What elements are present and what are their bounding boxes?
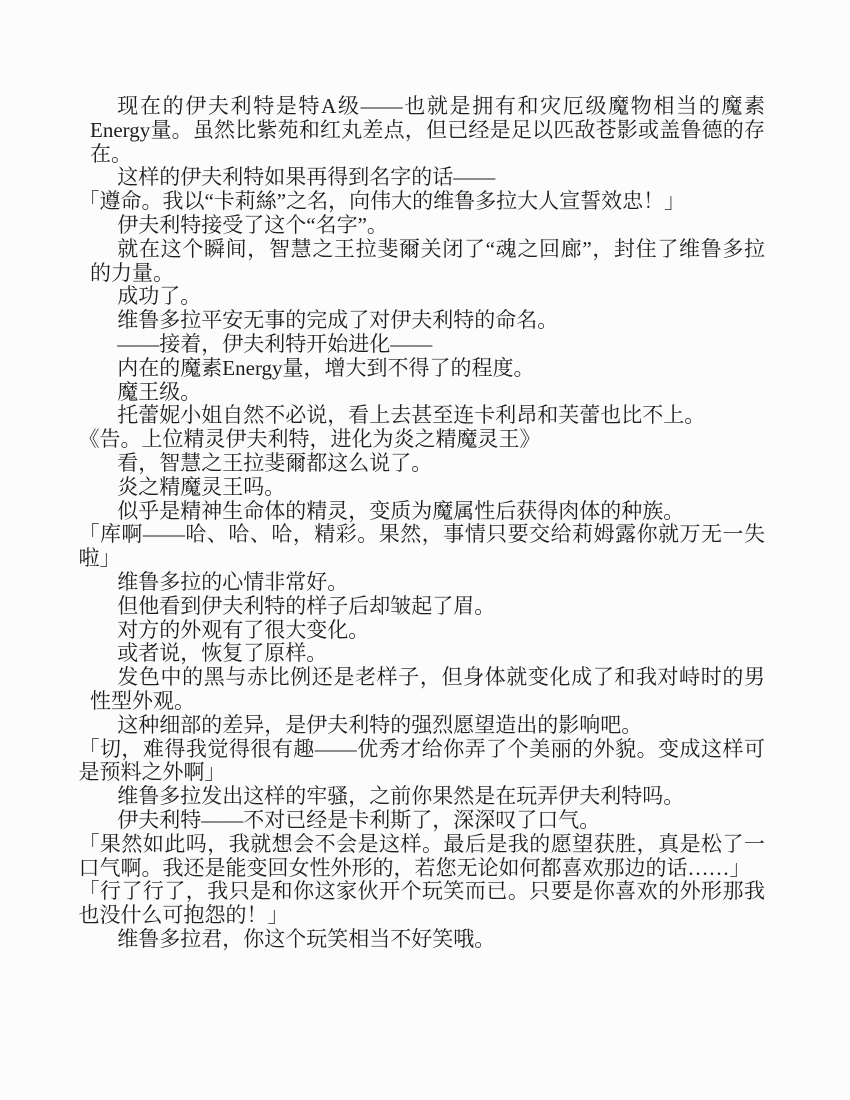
paragraph: 或者说，恢复了原样。 (90, 642, 765, 666)
paragraph: 成功了。 (90, 285, 765, 309)
paragraph: 「库啊——哈、哈、哈，精彩。果然，事情只要交给莉姆露你就万无一失啦」 (78, 523, 765, 571)
paragraph: 伊夫利特——不对已经是卡利斯了，深深叹了口气。 (90, 809, 765, 833)
paragraph: 发色中的黑与赤比例还是老样子，但身体就变化成了和我对峙时的男性型外观。 (90, 666, 765, 714)
paragraph: 似乎是精神生命体的精灵，变质为魔属性后获得肉体的种族。 (90, 500, 765, 524)
paragraph: 这种细部的差异，是伊夫利特的强烈愿望造出的影响吧。 (90, 714, 765, 738)
paragraph: 对方的外观有了很大变化。 (90, 619, 765, 643)
paragraph: 就在这个瞬间，智慧之王拉斐爾关闭了“魂之回廊”，封住了维鲁多拉的力量。 (90, 238, 765, 286)
paragraph: 维鲁多拉发出这样的牢骚，之前你果然是在玩弄伊夫利特吗。 (90, 785, 765, 809)
paragraph: 维鲁多拉平安无事的完成了对伊夫利特的命名。 (90, 309, 765, 333)
paragraph: 内在的魔素Energy量，增大到不得了的程度。 (90, 357, 765, 381)
paragraph: 「行了行了，我只是和你这家伙开个玩笑而已。只要是你喜欢的外形那我也没什么可抱怨的… (78, 880, 765, 928)
text-column: 现在的伊夫利特是特A级——也就是拥有和灾厄级魔物相当的魔素Energy量。虽然比… (90, 95, 765, 952)
paragraph: 但他看到伊夫利特的样子后却皱起了眉。 (90, 595, 765, 619)
paragraph: 托蕾妮小姐自然不必说，看上去甚至连卡利昂和芙蕾也比不上。 (90, 404, 765, 428)
paragraph: 看，智慧之王拉斐爾都这么说了。 (90, 452, 765, 476)
paragraph: 魔王级。 (90, 381, 765, 405)
paragraph: ——接着，伊夫利特开始进化—— (90, 333, 765, 357)
novel-page: 现在的伊夫利特是特A级——也就是拥有和灾厄级魔物相当的魔素Energy量。虽然比… (0, 0, 850, 1100)
paragraph: 伊夫利特接受了这个“名字”。 (90, 214, 765, 238)
paragraph: 「切，难得我觉得很有趣——优秀才给你弄了个美丽的外貌。变成这样可是预料之外啊」 (78, 738, 765, 786)
paragraph: 「果然如此吗，我就想会不会是这样。最后是我的愿望获胜，真是松了一口气啊。我还是能… (78, 833, 765, 881)
paragraph: 炎之精魔灵王吗。 (90, 476, 765, 500)
paragraph: 维鲁多拉君，你这个玩笑相当不好笑哦。 (90, 928, 765, 952)
paragraph: 「遵命。我以“卡莉絲”之名，向伟大的维鲁多拉大人宣誓效忠！」 (78, 190, 765, 214)
paragraph: 这样的伊夫利特如果再得到名字的话—— (90, 166, 765, 190)
paragraph: 现在的伊夫利特是特A级——也就是拥有和灾厄级魔物相当的魔素Energy量。虽然比… (90, 95, 765, 166)
paragraph: 《告。上位精灵伊夫利特，进化为炎之精魔灵王》 (78, 428, 765, 452)
paragraph: 维鲁多拉的心情非常好。 (90, 571, 765, 595)
